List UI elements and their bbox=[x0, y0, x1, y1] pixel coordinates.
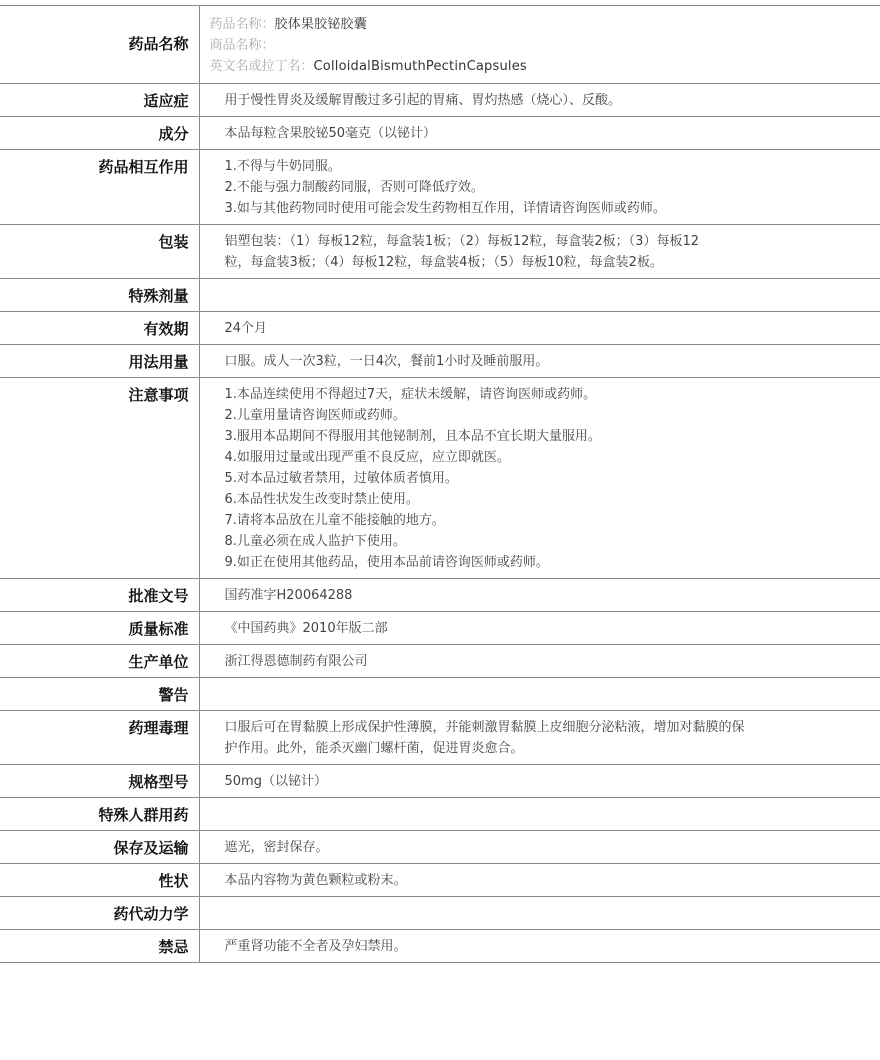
label-pharmacology: 药理毒理 bbox=[0, 711, 189, 743]
label-precautions: 注意事项 bbox=[0, 378, 189, 410]
row-usage: 用法用量 口服。成人一次3粒，一日4次，餐前1小时及睡前服用。 bbox=[0, 345, 880, 378]
interaction-line: 2.不能与强力制酸药同服，否则可降低疗效。 bbox=[225, 177, 880, 198]
precaution-line: 1.本品连续使用不得超过7天，症状未缓解，请咨询医师或药师。 bbox=[225, 384, 880, 405]
row-storage: 保存及运输 遮光，密封保存。 bbox=[0, 831, 880, 864]
row-approval: 批准文号 国药准字H20064288 bbox=[0, 579, 880, 612]
value-storage: 遮光，密封保存。 bbox=[225, 831, 880, 863]
interaction-line: 1.不得与牛奶同服。 bbox=[225, 156, 880, 177]
value-special-dosage bbox=[225, 279, 880, 290]
pharmacology-line: 护作用。此外，能杀灭幽门螺杆菌，促进胃炎愈合。 bbox=[225, 738, 880, 759]
label-ingredients: 成分 bbox=[0, 117, 189, 149]
interaction-line: 3.如与其他药物同时使用可能会发生药物相互作用，详情请咨询医师或药师。 bbox=[225, 198, 880, 219]
row-special-population: 特殊人群用药 bbox=[0, 798, 880, 831]
precaution-line: 6.本品性状发生改变时禁止使用。 bbox=[225, 489, 880, 510]
generic-name-line: 药品名称：胶体果胶铋胶囊 bbox=[210, 14, 880, 35]
precaution-line: 2.儿童用量请咨询医师或药师。 bbox=[225, 405, 880, 426]
value-standard: 《中国药典》2010年版二部 bbox=[225, 612, 880, 644]
row-label: 药品名称 bbox=[0, 6, 199, 84]
row-contraindications: 禁忌 严重肾功能不全者及孕妇禁用。 bbox=[0, 930, 880, 963]
drug-spec-table: 药品名称 药品名称：胶体果胶铋胶囊 商品名称： 英文名或拉丁名：Colloida… bbox=[0, 5, 880, 963]
label-manufacturer: 生产单位 bbox=[0, 645, 189, 677]
generic-name-key: 药品名称： bbox=[210, 17, 275, 32]
label-drug-name: 药品名称 bbox=[0, 6, 189, 59]
value-specification: 50mg（以铋计） bbox=[225, 765, 880, 797]
value-indication: 用于慢性胃炎及缓解胃酸过多引起的胃痛、胃灼热感（烧心）、反酸。 bbox=[225, 84, 880, 116]
row-interactions: 药品相互作用 1.不得与牛奶同服。 2.不能与强力制酸药同服，否则可降低疗效。 … bbox=[0, 150, 880, 225]
row-indication: 适应症 用于慢性胃炎及缓解胃酸过多引起的胃痛、胃灼热感（烧心）、反酸。 bbox=[0, 84, 880, 117]
label-packaging: 包装 bbox=[0, 225, 189, 257]
label-standard: 质量标准 bbox=[0, 612, 189, 644]
value-appearance: 本品内容物为黄色颗粒或粉末。 bbox=[225, 864, 880, 896]
precaution-line: 7.请将本品放在儿童不能接触的地方。 bbox=[225, 510, 880, 531]
packaging-line: 铝塑包装：（1）每板12粒，每盒装1板；（2）每板12粒，每盒装2板；（3）每板… bbox=[225, 231, 880, 252]
label-approval: 批准文号 bbox=[0, 579, 189, 611]
row-drug-name: 药品名称 药品名称：胶体果胶铋胶囊 商品名称： 英文名或拉丁名：Colloida… bbox=[0, 6, 880, 84]
label-indication: 适应症 bbox=[0, 84, 189, 116]
row-packaging: 包装 铝塑包装：（1）每板12粒，每盒装1板；（2）每板12粒，每盒装2板；（3… bbox=[0, 225, 880, 279]
row-appearance: 性状 本品内容物为黄色颗粒或粉末。 bbox=[0, 864, 880, 897]
row-ingredients: 成分 本品每粒含果胶铋50毫克（以铋计） bbox=[0, 117, 880, 150]
row-value: 药品名称：胶体果胶铋胶囊 商品名称： 英文名或拉丁名：ColloidalBism… bbox=[199, 6, 880, 84]
label-interactions: 药品相互作用 bbox=[0, 150, 189, 182]
row-shelf-life: 有效期 24个月 bbox=[0, 312, 880, 345]
row-special-dosage: 特殊剂量 bbox=[0, 279, 880, 312]
row-pharmacology: 药理毒理 口服后可在胃黏膜上形成保护性薄膜，并能刺激胃黏膜上皮细胞分泌粘液，增加… bbox=[0, 711, 880, 765]
english-name-line: 英文名或拉丁名：ColloidalBismuthPectinCapsules bbox=[210, 56, 880, 77]
row-specification: 规格型号 50mg（以铋计） bbox=[0, 765, 880, 798]
row-warning: 警告 bbox=[0, 678, 880, 711]
row-standard: 质量标准 《中国药典》2010年版二部 bbox=[0, 612, 880, 645]
label-contraindications: 禁忌 bbox=[0, 930, 189, 962]
trade-name-key: 商品名称： bbox=[210, 38, 275, 53]
label-specification: 规格型号 bbox=[0, 765, 189, 797]
packaging-line: 粒，每盒装3板；（4）每板12粒，每盒装4板；（5）每板10粒，每盒装2板。 bbox=[225, 252, 880, 273]
value-special-population bbox=[225, 798, 880, 809]
precaution-line: 9.如正在使用其他药品，使用本品前请咨询医师或药师。 bbox=[225, 552, 880, 573]
label-usage: 用法用量 bbox=[0, 345, 189, 377]
english-name-key: 英文名或拉丁名： bbox=[210, 59, 314, 74]
row-manufacturer: 生产单位 浙江得恩德制药有限公司 bbox=[0, 645, 880, 678]
label-pharmacokinetics: 药代动力学 bbox=[0, 897, 189, 929]
precaution-line: 4.如服用过量或出现严重不良反应，应立即就医。 bbox=[225, 447, 880, 468]
trade-name-line: 商品名称： bbox=[210, 35, 880, 56]
value-contraindications: 严重肾功能不全者及孕妇禁用。 bbox=[225, 930, 880, 962]
value-approval: 国药准字H20064288 bbox=[225, 579, 880, 611]
label-special-dosage: 特殊剂量 bbox=[0, 279, 189, 311]
value-shelf-life: 24个月 bbox=[225, 312, 880, 344]
precaution-line: 3.服用本品期间不得服用其他铋制剂，且本品不宜长期大量服用。 bbox=[225, 426, 880, 447]
label-appearance: 性状 bbox=[0, 864, 189, 896]
value-usage: 口服。成人一次3粒，一日4次，餐前1小时及睡前服用。 bbox=[225, 345, 880, 377]
english-name-value: ColloidalBismuthPectinCapsules bbox=[314, 59, 527, 74]
value-pharmacokinetics bbox=[225, 897, 880, 908]
label-special-population: 特殊人群用药 bbox=[0, 798, 189, 830]
value-ingredients: 本品每粒含果胶铋50毫克（以铋计） bbox=[225, 117, 880, 149]
precaution-line: 5.对本品过敏者禁用，过敏体质者慎用。 bbox=[225, 468, 880, 489]
pharmacology-line: 口服后可在胃黏膜上形成保护性薄膜，并能刺激胃黏膜上皮细胞分泌粘液，增加对黏膜的保 bbox=[225, 717, 880, 738]
row-pharmacokinetics: 药代动力学 bbox=[0, 897, 880, 930]
value-manufacturer: 浙江得恩德制药有限公司 bbox=[225, 645, 880, 677]
precaution-line: 8.儿童必须在成人监护下使用。 bbox=[225, 531, 880, 552]
label-shelf-life: 有效期 bbox=[0, 312, 189, 344]
label-storage: 保存及运输 bbox=[0, 831, 189, 863]
row-precautions: 注意事项 1.本品连续使用不得超过7天，症状未缓解，请咨询医师或药师。 2.儿童… bbox=[0, 378, 880, 579]
label-warning: 警告 bbox=[0, 678, 189, 710]
generic-name-value: 胶体果胶铋胶囊 bbox=[275, 17, 367, 32]
value-warning bbox=[225, 678, 880, 689]
